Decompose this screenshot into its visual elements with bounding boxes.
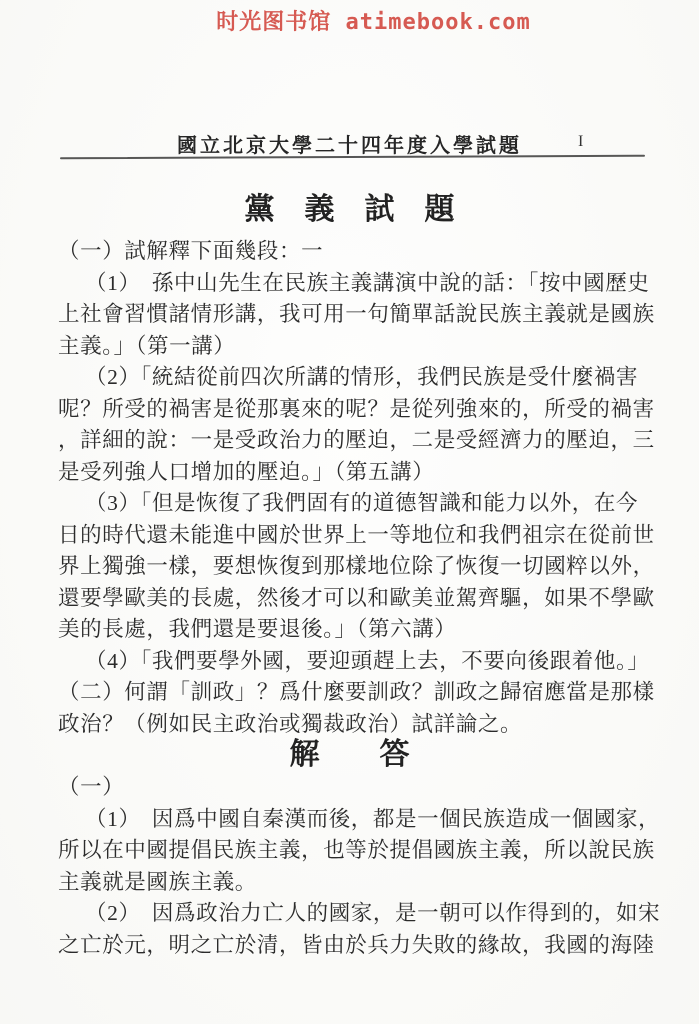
exam-body: （一）試解釋下面幾段：一 （1） 孫中山先生在民族主義講演中說的話：「按中國歷史…: [58, 236, 644, 740]
page-number: I: [578, 133, 583, 151]
text-line: 界上獨強一樣，要想恢復到那樣地位除了恢復一切國粹以外，: [58, 551, 644, 583]
text-line: 是受列強人口增加的壓迫。」（第五講）: [58, 457, 644, 489]
text-line: 美的長處，我們還是要退後。」（第六講）: [58, 614, 644, 646]
text-line: （1） 孫中山先生在民族主義講演中說的話：「按中國歷史: [58, 268, 644, 300]
text-line: 主義就是國族主義。: [58, 867, 644, 899]
text-line: （一）: [58, 772, 644, 804]
text-line: （4）「我們要學外國，要迎頭趕上去，不要向後跟着他。」: [58, 646, 644, 678]
running-head-title: 國立北京大學二十四年度入學試題: [0, 129, 699, 158]
text-line: 上社會習慣諸情形講，我可用一句簡單話說民族主義就是國族: [58, 299, 644, 331]
scanned-document-page: 时光图书馆 atimebook.com 國立北京大學二十四年度入學試題 I 黨 …: [0, 0, 699, 1024]
watermark-banner: 时光图书馆 atimebook.com: [0, 5, 699, 36]
text-line: 主義。」（第一講）: [58, 331, 644, 363]
text-line: 之亡於元，明之亡於清，皆由於兵力失敗的緣故，我國的海陸: [58, 930, 644, 962]
answers-body: （一） （1） 因爲中國自秦漢而後，都是一個民族造成一個國家， 所以在中國提倡民…: [58, 772, 644, 961]
text-line: （2） 因爲政治力亡人的國家，是一朝可以作得到的，如宋: [58, 898, 644, 930]
text-line: （二）何謂「訓政」？爲什麼要訓政？訓政之歸宿應當是那樣: [58, 677, 644, 709]
text-line: 日的時代還未能進中國於世界上一等地位和我們祖宗在從前世: [58, 520, 644, 552]
answers-section-title: 解 答: [0, 729, 699, 773]
text-line: 還要學歐美的長處，然後才可以和歐美並駕齊驅，如果不學歐: [58, 583, 644, 615]
text-line: （一）試解釋下面幾段：一: [58, 236, 644, 268]
text-line: 呢？所受的禍害是從那裏來的呢？是從列強來的，所受的禍害: [58, 394, 644, 426]
text-line: （3）「但是恢復了我們固有的道德智識和能力以外，在今: [58, 488, 644, 520]
exam-section-title: 黨 義 試 題: [0, 184, 699, 228]
text-line: ，詳細的說：一是受政治力的壓迫，二是受經濟力的壓迫，三: [58, 425, 644, 457]
text-line: 所以在中國提倡民族主義，也等於提倡國族主義，所以說民族: [58, 835, 644, 867]
text-line: （2）「統結從前四次所講的情形，我們民族是受什麼禍害: [58, 362, 644, 394]
text-line: （1） 因爲中國自秦漢而後，都是一個民族造成一個國家，: [58, 804, 644, 836]
